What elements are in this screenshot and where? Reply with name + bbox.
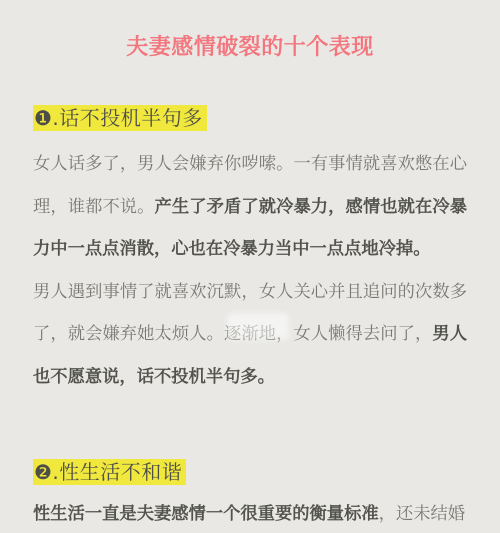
section-1: ❶.话不投机半句多 女人话多了，男人会嫌弃你哕嗦。一有事情就喜欢憋在心理，谁都不… [33,104,467,398]
article-page: 夫妻感情破裂的十个表现 ❶.话不投机半句多 女人话多了，男人会嫌弃你哕嗦。一有事… [0,0,500,533]
page-title: 夫妻感情破裂的十个表现 [33,0,467,62]
section-1-heading: ❶.话不投机半句多 [33,104,467,133]
paragraph-text: 男人遇到事情了就喜欢沉默，女人关心并且追问的次数多了，就会嫌弃她太烦人。逐渐地，… [33,282,467,345]
section-2-heading-highlight: ❷.性生活不和谐 [33,459,186,485]
paragraph-text: ，还未结婚 [379,504,465,524]
paragraph-text-bold: 性生活一直是夫妻感情一个很重要的衡量标准 [33,504,379,524]
section-2-paragraph-1: 性生活一直是夫妻感情一个很重要的衡量标准，还未结婚 [33,493,467,533]
section-2: ❷.性生活不和谐 性生活一直是夫妻感情一个很重要的衡量标准，还未结婚 [33,458,467,533]
section-1-paragraph-1: 女人话多了，男人会嫌弃你哕嗦。一有事情就喜欢憋在心理，谁都不说。产生了矛盾了就冷… [33,143,467,271]
section-1-paragraph-2: 男人遇到事情了就喜欢沉默，女人关心并且追问的次数多了，就会嫌弃她太烦人。逐渐地，… [33,271,467,399]
section-2-heading: ❷.性生活不和谐 [33,458,467,487]
section-1-heading-highlight: ❶.话不投机半句多 [33,105,207,131]
